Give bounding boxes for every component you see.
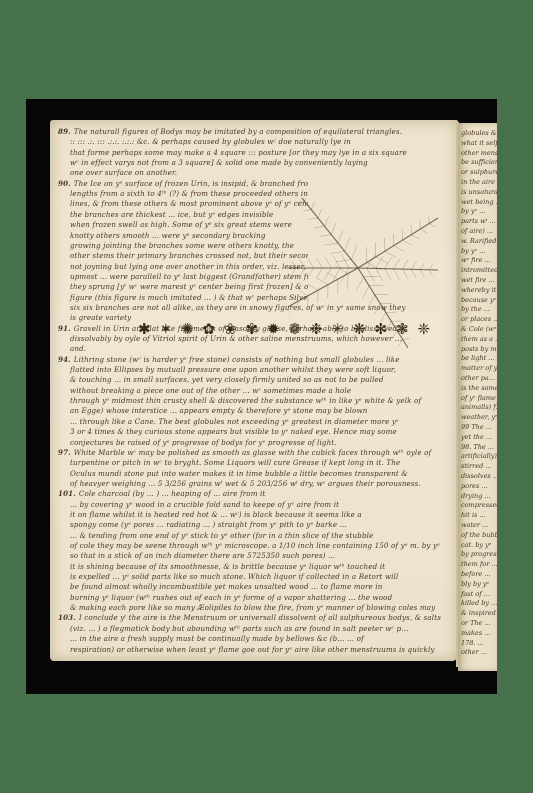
snow-crystal-icon: ❀ bbox=[224, 320, 237, 338]
manuscript-line: 103.I conclude yᵗ the aire is the Menstr… bbox=[58, 613, 452, 622]
facing-page-line: be sufficien... bbox=[461, 158, 497, 166]
paragraph-number: 89. bbox=[58, 127, 71, 136]
facing-page-line: or places ... bbox=[461, 315, 497, 323]
manuscript-text: Oculus mundi stone put into water makes … bbox=[70, 469, 408, 478]
facing-page-line: intromitted bbox=[461, 266, 497, 274]
manuscript-text: 3 or 4 times & they curious stone appear… bbox=[70, 427, 397, 436]
manuscript-line: figure (this figure is much imitated ...… bbox=[58, 293, 308, 302]
facing-page-line: 178. ... bbox=[461, 639, 497, 647]
facing-page-line: other pa... bbox=[461, 374, 497, 382]
manuscript-line: other stems their primary branches cross… bbox=[58, 251, 308, 260]
manuscript-line: conjectures be raised of yᵉ progresse of… bbox=[58, 438, 452, 447]
manuscript-text: White Marble wᶜ may be polished as smoot… bbox=[74, 448, 431, 457]
manuscript-page: 89.The naturall figures of Bodys may be … bbox=[50, 120, 458, 661]
facing-page-line: of the bubble bbox=[461, 531, 497, 539]
manuscript-text: of cole they may be seene through wᵗʰ yᵉ… bbox=[70, 541, 440, 550]
manuscript-text: is expelled ... yᵉ solid parts like so m… bbox=[70, 572, 398, 581]
manuscript-line: Oculus mundi stone put into water makes … bbox=[58, 469, 452, 478]
paragraph-number: 103. bbox=[58, 613, 76, 622]
manuscript-line: 90.The Ice on yᵉ surface of frozen Urin,… bbox=[58, 179, 308, 188]
facing-page-line: or sulphureous... bbox=[461, 168, 497, 176]
manuscript-line: be found almost wholly incombustible yet… bbox=[58, 582, 452, 591]
manuscript-text: upmost ... were parallell to yᵉ last big… bbox=[70, 272, 308, 281]
manuscript-text: The Ice on yᵉ surface of frozen Urin, is… bbox=[74, 179, 308, 188]
manuscript-line: respiration) or otherwise when least yᵉ … bbox=[58, 645, 452, 654]
facing-page-line: by progress bbox=[461, 550, 497, 558]
facing-page-line: yet the ... bbox=[461, 433, 497, 441]
facing-page-line: animalls) f... bbox=[461, 403, 497, 411]
facing-page-line: weather, yᵉ bbox=[461, 413, 497, 421]
facing-page-line: w. Rarified ... bbox=[461, 237, 497, 245]
snow-crystal-icon: ❁ bbox=[289, 320, 302, 338]
manuscript-text: & making each pore like so many Æolipile… bbox=[70, 603, 435, 612]
manuscript-line: ... & tending from one end of yᵉ stick t… bbox=[58, 531, 452, 540]
manuscript-text: is greate variety bbox=[70, 313, 131, 322]
facing-page-line: posts by m... bbox=[461, 345, 497, 353]
facing-page-line: wᵉ fire ... bbox=[461, 256, 497, 264]
manuscript-text: turpentine or pitch in wᶜ to bryght. Som… bbox=[70, 458, 400, 467]
paragraph-number: 94. bbox=[58, 355, 71, 364]
facing-page-line: by yᵉ ... bbox=[461, 207, 497, 215]
manuscript-line: & making each pore like so many Æolipile… bbox=[58, 603, 452, 612]
facing-page-line: pores ... bbox=[461, 482, 497, 490]
snow-crystal-icon: ✺ bbox=[181, 320, 194, 338]
manuscript-line: ... in the aire a fresh supply must be c… bbox=[58, 634, 452, 643]
snow-crystal-icon: ✳ bbox=[332, 320, 345, 338]
facing-page-line: globules & ... bbox=[461, 129, 497, 137]
manuscript-text: spongy come (yᵉ pores ... radiating ... … bbox=[70, 520, 347, 529]
manuscript-line: they sprung [yᵗ wᶜ were marest yᵉ center… bbox=[58, 282, 308, 291]
manuscript-text: that forme perhaps some may make a 4 squ… bbox=[70, 148, 407, 157]
manuscript-text: lines, & from these others & most promin… bbox=[70, 199, 308, 208]
facing-page-line: stirred ... bbox=[461, 462, 497, 470]
snow-crystal-icon: ❃ bbox=[396, 320, 409, 338]
facing-page-line: be light ... bbox=[461, 354, 497, 362]
facing-page-line: & Cole (wᵉ ... bbox=[461, 325, 497, 333]
manuscript-line: an Egge) whose interstice ... appears em… bbox=[58, 406, 452, 415]
manuscript-text: (viz. ... ) a flegmatick body but abound… bbox=[70, 624, 409, 633]
facing-page: globules & ...what it self ...other mens… bbox=[458, 123, 497, 671]
manuscript-text: & touching ... in small surfaces, yet ve… bbox=[70, 375, 384, 384]
paragraph-number: 97. bbox=[58, 448, 71, 457]
manuscript-text: burning yᵉ liquor (wᵗʰ rushes out of eac… bbox=[70, 593, 392, 602]
snow-crystal-icon: ✱ bbox=[138, 320, 151, 338]
manuscript-line: ... through like a Cane. The best globul… bbox=[58, 417, 452, 426]
manuscript-line: the branches are thickest ... ice, but y… bbox=[58, 210, 308, 219]
facing-page-line: artificially) bbox=[461, 452, 497, 460]
facing-page-line: in the aire ... bbox=[461, 178, 497, 186]
facing-page-line: of aire) ... bbox=[461, 227, 497, 235]
facing-page-line: compressed ... bbox=[461, 501, 497, 509]
manuscript-line: spongy come (yᵉ pores ... radiating ... … bbox=[58, 520, 452, 529]
manuscript-line: (viz. ... ) a flegmatick body but abound… bbox=[58, 624, 452, 633]
manuscript-text: ... in the aire a fresh supply must be c… bbox=[70, 634, 364, 643]
facing-page-line: is unsaturating bbox=[461, 188, 497, 196]
manuscript-line: wᶜ in effect varys not from a 3 square] … bbox=[58, 158, 452, 167]
manuscript-text: not joyning but lying one over another i… bbox=[70, 262, 308, 271]
manuscript-line: burning yᵉ liquor (wᵗʰ rushes out of eac… bbox=[58, 593, 452, 602]
manuscript-text: ... through like a Cane. The best globul… bbox=[70, 417, 399, 426]
facing-page-line: bly by yᵉ bbox=[461, 580, 497, 588]
manuscript-text: and. bbox=[70, 344, 86, 353]
facing-page-line: wet being ... bbox=[461, 198, 497, 206]
manuscript-text: lengths from a sixth to 4ᵗʰ (?) & from t… bbox=[70, 189, 308, 198]
facing-page-line: other menstr... bbox=[461, 149, 497, 157]
manuscript-line: :: ::: .:. ::: .:.:. :.:.: &c. & perhaps… bbox=[58, 137, 452, 146]
manuscript-line: & touching ... in small surfaces, yet ve… bbox=[58, 375, 452, 384]
facing-page-line: cat. by yᵉ bbox=[461, 541, 497, 549]
manuscript-text: conjectures be raised of yᵉ progresse of… bbox=[70, 438, 337, 447]
facing-page-line: what it self ... bbox=[461, 139, 497, 147]
facing-page-line: parts wᵗ ... bbox=[461, 217, 497, 225]
manuscript-line: not joyning but lying one over another i… bbox=[58, 262, 308, 271]
paragraph-number: 101. bbox=[58, 489, 76, 498]
snow-crystal-icon: ✶ bbox=[160, 320, 173, 338]
manuscript-text: through yᵉ midmost thin crusty shell & d… bbox=[70, 396, 421, 405]
manuscript-line: one over surface on another. bbox=[58, 168, 452, 177]
snow-crystal-icon: ❉ bbox=[310, 320, 323, 338]
paragraph-number: 91. bbox=[58, 324, 71, 333]
facing-page-line: drying ... bbox=[461, 492, 497, 500]
manuscript-line: is expelled ... yᵉ solid parts like so m… bbox=[58, 572, 452, 581]
facing-page-line: other ... bbox=[461, 648, 497, 656]
facing-page-line: 98. The ... bbox=[461, 443, 497, 451]
facing-page-line: by yᵉ ... bbox=[461, 247, 497, 255]
manuscript-text: wᶜ in effect varys not from a 3 square] … bbox=[70, 158, 368, 167]
facing-page-line: them for ... bbox=[461, 560, 497, 568]
manuscript-line: of cole they may be seene through wᵗʰ yᵉ… bbox=[58, 541, 452, 550]
facing-page-line: before ... bbox=[461, 570, 497, 578]
facing-page-line: because yᵉ ... bbox=[461, 296, 497, 304]
snow-crystal-icon: ✾ bbox=[246, 320, 259, 338]
manuscript-text: one over surface on another. bbox=[70, 168, 177, 177]
snow-crystal-icon: ❈ bbox=[418, 320, 431, 338]
paragraph-number: 90. bbox=[58, 179, 71, 188]
facing-page-line: by the ... bbox=[461, 305, 497, 313]
manuscript-text: figure (this figure is much imitated ...… bbox=[70, 293, 308, 302]
manuscript-line: 89.The naturall figures of Bodys may be … bbox=[58, 127, 452, 136]
facing-page-line: water ... bbox=[461, 521, 497, 529]
facing-page-line: fast of ... bbox=[461, 590, 497, 598]
manuscript-line: 3 or 4 times & they curious stone appear… bbox=[58, 427, 452, 436]
manuscript-text: ... by covering yᵉ wood in a crucible fo… bbox=[70, 500, 339, 509]
snow-crystal-icon: ✹ bbox=[267, 320, 280, 338]
manuscript-text: without breaking a piece one out of the … bbox=[70, 386, 351, 395]
manuscript-line: that forme perhaps some may make a 4 squ… bbox=[58, 148, 452, 157]
manuscript-line: it on flame whilst it is heated red hot … bbox=[58, 510, 452, 519]
snow-crystal-icon: ✿ bbox=[203, 320, 216, 338]
manuscript-line: growing jointing the branches some were … bbox=[58, 241, 308, 250]
manuscript-line: 101.Cole charcoal (by ... ) ... heaping … bbox=[58, 489, 452, 498]
facing-page-line: hit is ... bbox=[461, 511, 497, 519]
snow-crystal-icon: ❋ bbox=[353, 320, 366, 338]
manuscript-line: it is shining because of its smoothnesse… bbox=[58, 562, 452, 571]
manuscript-line: of heavyer weighing ... 5 3/256 grains w… bbox=[58, 479, 452, 488]
manuscript-text: the branches are thickest ... ice, but y… bbox=[70, 210, 273, 219]
facing-page-line: wet fire ... bbox=[461, 276, 497, 284]
manuscript-text: ... & tending from one end of yᵉ stick t… bbox=[70, 531, 373, 540]
manuscript-text: so that in a stick of an inch diameter t… bbox=[70, 551, 335, 560]
facing-page-line: whereby it ... bbox=[461, 286, 497, 294]
manuscript-line: turpentine or pitch in wᶜ to bryght. Som… bbox=[58, 458, 452, 467]
manuscript-line: through yᵉ midmost thin crusty shell & d… bbox=[58, 396, 452, 405]
manuscript-text: I conclude yᵗ the aire is the Menstruum … bbox=[79, 613, 441, 622]
manuscript-text: when frozen swell as high. Some of yᵉ si… bbox=[70, 220, 292, 229]
manuscript-text: they sprung [yᵗ wᶜ were marest yᵉ center… bbox=[70, 282, 308, 291]
facing-page-line: is the same bbox=[461, 384, 497, 392]
manuscript-text: it is shining because of its smoothnesse… bbox=[70, 562, 385, 571]
manuscript-text: be found almost wholly incombustible yet… bbox=[70, 582, 382, 591]
manuscript-line: upmost ... were parallell to yᵉ last big… bbox=[58, 272, 308, 281]
snowflake-sketch-icon bbox=[288, 198, 438, 368]
manuscript-line: lines, & from these others & most promin… bbox=[58, 199, 308, 208]
manuscript-text: The naturall figures of Bodys may be imi… bbox=[74, 127, 402, 136]
manuscript-line: without breaking a piece one out of the … bbox=[58, 386, 452, 395]
facing-page-line: matter of yᵉ bbox=[461, 364, 497, 372]
facing-page-line: of yᵉ flame bbox=[461, 394, 497, 402]
manuscript-line: so that in a stick of an inch diameter t… bbox=[58, 551, 452, 560]
manuscript-text: knotty others smooth ... were yᵉ seconda… bbox=[70, 231, 266, 240]
manuscript-text: respiration) or otherwise when least yᵉ … bbox=[70, 645, 435, 654]
manuscript-text: :: ::: .:. ::: .:.:. :.:.: &c. & perhaps… bbox=[70, 137, 351, 146]
facing-page-line: dissolves ... bbox=[461, 472, 497, 480]
manuscript-line: 97.White Marble wᶜ may be polished as sm… bbox=[58, 448, 452, 457]
facing-page-line: killed by ... bbox=[461, 599, 497, 607]
manuscript-line: lengths from a sixth to 4ᵗʰ (?) & from t… bbox=[58, 189, 308, 198]
manuscript-text: Cole charcoal (by ... ) ... heaping of .… bbox=[79, 489, 266, 498]
facing-page-line: or The ... bbox=[461, 619, 497, 627]
facing-page-line: 99 The ... bbox=[461, 423, 497, 431]
manuscript-line: when frozen swell as high. Some of yᵉ si… bbox=[58, 220, 308, 229]
manuscript-text: it on flame whilst it is heated red hot … bbox=[70, 510, 362, 519]
snow-crystal-icon: ✻ bbox=[375, 320, 388, 338]
manuscript-line: knotty others smooth ... were yᵉ seconda… bbox=[58, 231, 308, 240]
manuscript-text: other stems their primary branches cross… bbox=[70, 251, 308, 260]
manuscript-text: growing jointing the branches some were … bbox=[70, 241, 294, 250]
crystal-sketch-row: ✱✶✺✿❀✾✹❁❉✳❋✻❃❈ bbox=[138, 320, 438, 340]
manuscript-text: of heavyer weighing ... 5 3/256 grains w… bbox=[70, 479, 421, 488]
facing-page-line: makes ... bbox=[461, 629, 497, 637]
facing-page-line: them as a ... bbox=[461, 335, 497, 343]
manuscript-text: an Egge) whose interstice ... appears em… bbox=[70, 406, 367, 415]
facing-page-line: & inspired bbox=[461, 609, 497, 617]
manuscript-line: ... by covering yᵉ wood in a crucible fo… bbox=[58, 500, 452, 509]
